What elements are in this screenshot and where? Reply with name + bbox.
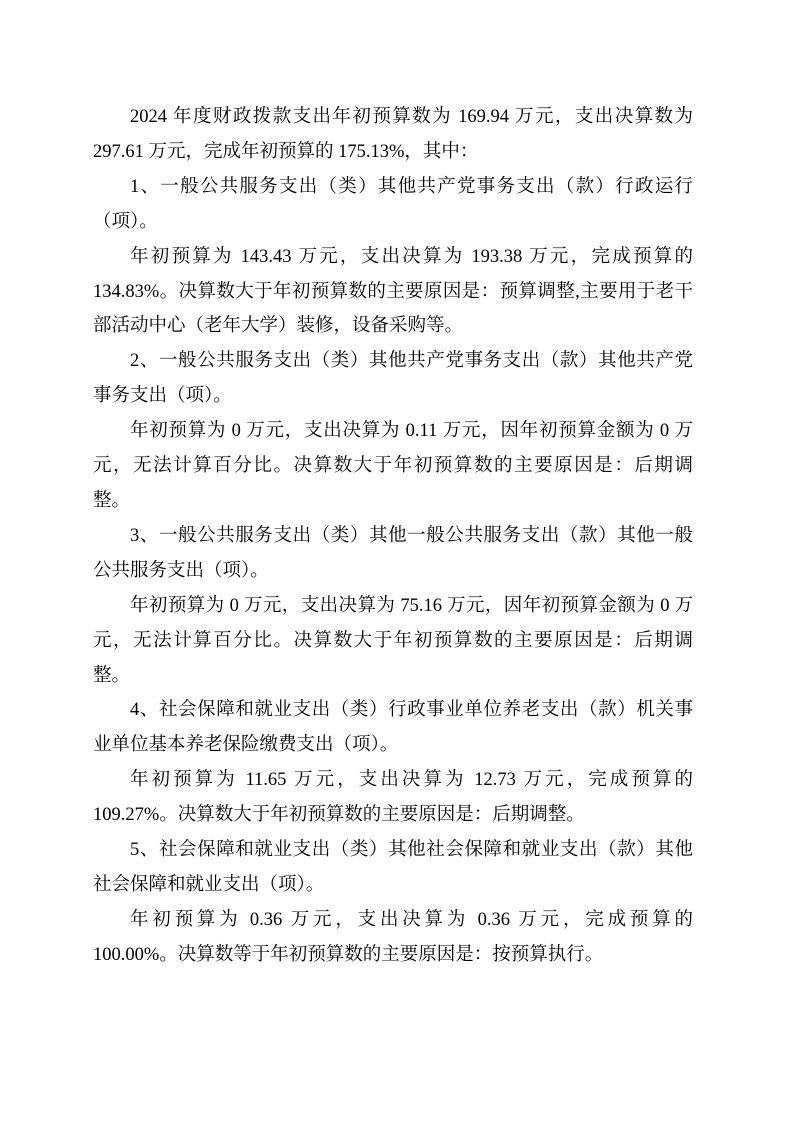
paragraph-6-line-2: 公共服务支出（项）。 (93, 554, 693, 589)
paragraph-3-line-3: 部活动中心（老年大学）装修，设备采购等。 (93, 309, 693, 344)
paragraph-2-line-2: （项）。 (93, 205, 693, 240)
paragraph-7-line-1: 年初预算为 0 万元，支出决算为 75.16 万元，因年初预算金额为 0 万 (93, 589, 693, 624)
paragraph-10-line-2: 社会保障和就业支出（项）。 (93, 868, 693, 903)
paragraph-7-line-3: 整。 (93, 659, 693, 694)
paragraph-10-line-1: 5、社会保障和就业支出（类）其他社会保障和就业支出（款）其他 (93, 833, 693, 868)
document-page: 2024 年度财政拨款支出年初预算数为 169.94 万元，支出决算数为297.… (0, 0, 793, 1122)
paragraph-11-line-2: 100.00%。决算数等于年初预算数的主要原因是：按预算执行。 (93, 938, 693, 973)
paragraph-11-line-1: 年初预算为 0.36 万元，支出决算为 0.36 万元，完成预算的 (93, 903, 693, 938)
paragraph-1-line-2: 297.61 万元，完成年初预算的 175.13%，其中： (93, 135, 693, 170)
document-body: 2024 年度财政拨款支出年初预算数为 169.94 万元，支出决算数为297.… (93, 100, 693, 973)
paragraph-4-line-2: 事务支出（项）。 (93, 379, 693, 414)
paragraph-8-line-2: 业单位基本养老保险缴费支出（项）。 (93, 728, 693, 763)
paragraph-9-line-1: 年初预算为 11.65 万元，支出决算为 12.73 万元，完成预算的 (93, 763, 693, 798)
paragraph-2-line-1: 1、一般公共服务支出（类）其他共产党事务支出（款）行政运行 (93, 170, 693, 205)
paragraph-5-line-2: 元，无法计算百分比。决算数大于年初预算数的主要原因是：后期调 (93, 449, 693, 484)
paragraph-5-line-1: 年初预算为 0 万元，支出决算为 0.11 万元，因年初预算金额为 0 万 (93, 414, 693, 449)
paragraph-3-line-1: 年初预算为 143.43 万元，支出决算为 193.38 万元，完成预算的 (93, 240, 693, 275)
paragraph-6-line-1: 3、一般公共服务支出（类）其他一般公共服务支出（款）其他一般 (93, 519, 693, 554)
paragraph-9-line-2: 109.27%。决算数大于年初预算数的主要原因是：后期调整。 (93, 798, 693, 833)
paragraph-5-line-3: 整。 (93, 484, 693, 519)
paragraph-8-line-1: 4、社会保障和就业支出（类）行政事业单位养老支出（款）机关事 (93, 693, 693, 728)
paragraph-3-line-2: 134.83%。决算数大于年初预算数的主要原因是：预算调整,主要用于老干 (93, 275, 693, 310)
paragraph-4-line-1: 2、一般公共服务支出（类）其他共产党事务支出（款）其他共产党 (93, 344, 693, 379)
paragraph-7-line-2: 元，无法计算百分比。决算数大于年初预算数的主要原因是：后期调 (93, 624, 693, 659)
paragraph-1-line-1: 2024 年度财政拨款支出年初预算数为 169.94 万元，支出决算数为 (93, 100, 693, 135)
